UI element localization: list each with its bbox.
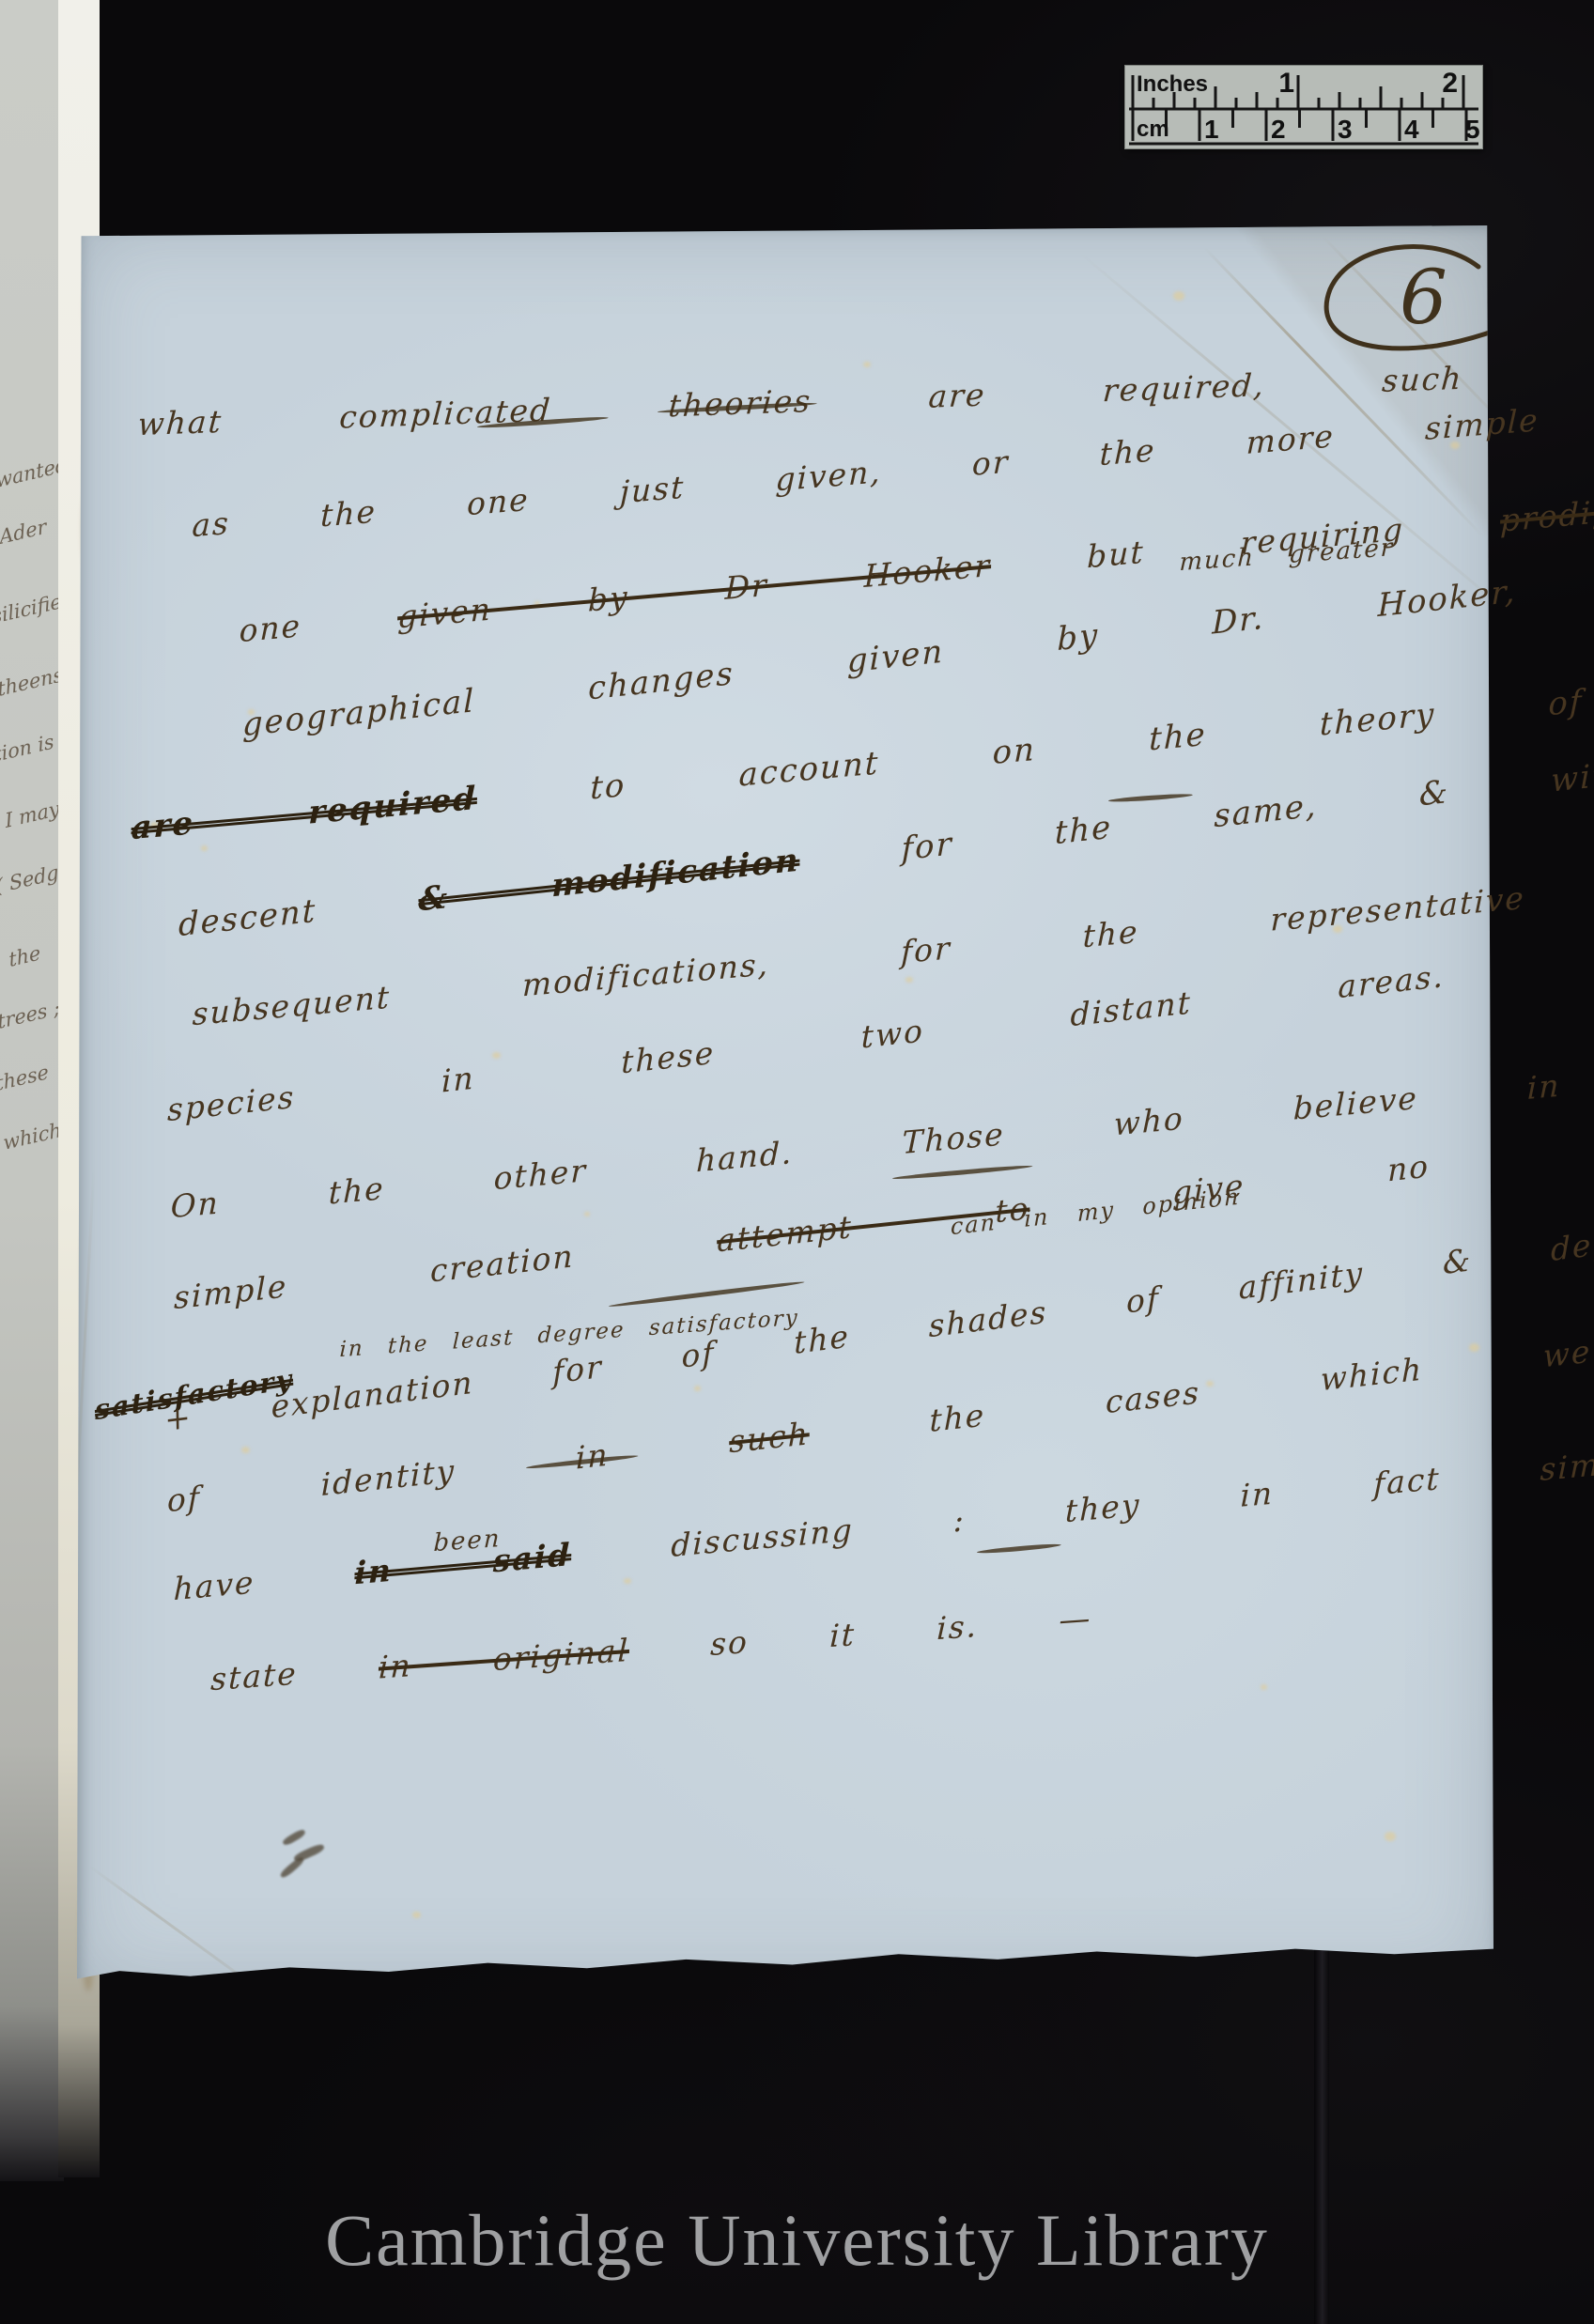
foxing-spot <box>412 1912 421 1918</box>
ruler: Inches 1 2 cm 1 2 3 4 5 <box>1125 66 1482 148</box>
ruler-cm-label: 4 <box>1404 115 1419 145</box>
margin-fragment: ( Sedgwick <box>0 851 64 898</box>
margin-fragment: wanted <box>0 453 64 492</box>
foxing-spot <box>694 1386 701 1391</box>
foxing-spot <box>1261 1684 1267 1690</box>
page-number-circle: 6 <box>1294 231 1520 381</box>
foxing-spot <box>1173 291 1184 301</box>
library-watermark: Cambridge University Library <box>0 2198 1594 2283</box>
margin-fragment: these <box>0 1061 50 1095</box>
foxing-spot <box>241 1447 250 1453</box>
page-crease <box>88 1865 280 2005</box>
ruler-cm-label: 2 <box>1271 115 1286 145</box>
photograph-stage: wantedAdersilicifiedtheens oftion isI ma… <box>0 0 1594 2324</box>
margin-fragment: which <box>2 1119 63 1154</box>
page-number: 6 <box>1400 254 1447 341</box>
margin-fragment: the <box>8 941 41 971</box>
margin-fragment: Ader <box>0 516 48 549</box>
ruler-cm-label: 5 <box>1465 115 1480 145</box>
foxing-spot <box>905 977 913 983</box>
margin-fragment: trees ; <box>0 997 61 1033</box>
foxing-spot <box>863 362 871 367</box>
margin-fragment: silicified <box>0 587 64 628</box>
ruler-cm-label: 3 <box>1338 115 1353 145</box>
ruler-unit-inches: Inches <box>1137 71 1208 98</box>
ruler-inch-label: 2 <box>1428 68 1458 100</box>
foxing-spot <box>584 1212 590 1216</box>
foxing-spot <box>1385 1832 1396 1841</box>
foxing-spot <box>624 1578 631 1584</box>
ruler-inch-label: 1 <box>1264 68 1294 100</box>
margin-fragment: tion is <box>0 730 55 767</box>
ruler-cm-label: 1 <box>1204 115 1219 145</box>
ruler-unit-cm: cm <box>1137 116 1169 143</box>
foxing-spot <box>201 845 208 851</box>
margin-fragment: I may, <box>4 797 64 832</box>
adjacent-page-sliver: wantedAdersilicifiedtheens oftion isI ma… <box>0 0 64 2181</box>
handwriting-segment: prodigious <box>1500 486 1594 538</box>
margin-fragment: theens of <box>0 658 64 701</box>
